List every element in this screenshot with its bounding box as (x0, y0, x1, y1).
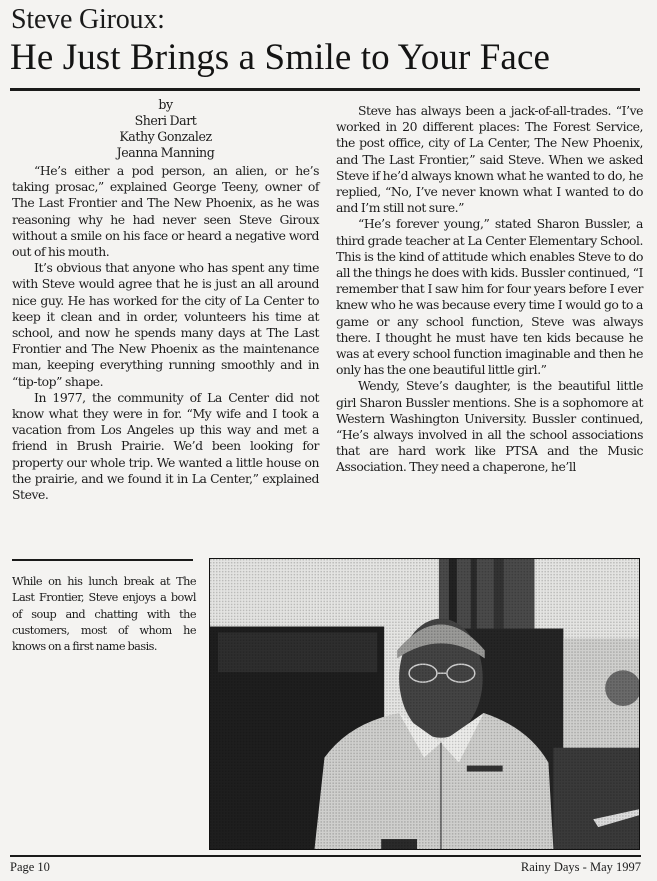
newsletter-page: Steve Giroux: He Just Brings a Smile to … (0, 0, 657, 881)
publication-issue: Rainy Days - May 1997 (521, 859, 641, 875)
article-photo (209, 558, 640, 850)
paragraph: Wendy, Steve’s daughter, is the beautifu… (336, 378, 643, 475)
photo-halftone-icon (210, 559, 639, 849)
byline: by Sheri Dart Kathy Gonzalez Jeanna Mann… (12, 97, 319, 161)
left-column: by Sheri Dart Kathy Gonzalez Jeanna Mann… (12, 97, 319, 503)
headline-rule (10, 88, 640, 91)
footer-rule (10, 855, 641, 857)
byline-author: Kathy Gonzalez (12, 129, 319, 145)
paragraph: In 1977, the community of La Center did … (12, 390, 319, 503)
paragraph: It’s obvious that anyone who has spent a… (12, 260, 319, 390)
paragraph: “He’s either a pod person, an alien, or … (12, 163, 319, 260)
caption-rule (12, 559, 193, 561)
paragraph: Steve has always been a jack-of-all-trad… (336, 103, 643, 216)
article-kicker: Steve Giroux: (11, 4, 165, 36)
article-headline: He Just Brings a Smile to Your Face (10, 36, 550, 80)
page-number: Page 10 (10, 859, 50, 875)
byline-author: Jeanna Manning (12, 145, 319, 161)
byline-author: Sheri Dart (12, 113, 319, 129)
photo-caption: While on his lunch break at The Last Fro… (12, 574, 196, 655)
right-column: Steve has always been a jack-of-all-trad… (336, 103, 643, 476)
paragraph: “He’s forever young,” stated Sharon Buss… (336, 216, 643, 378)
byline-by: by (12, 97, 319, 113)
